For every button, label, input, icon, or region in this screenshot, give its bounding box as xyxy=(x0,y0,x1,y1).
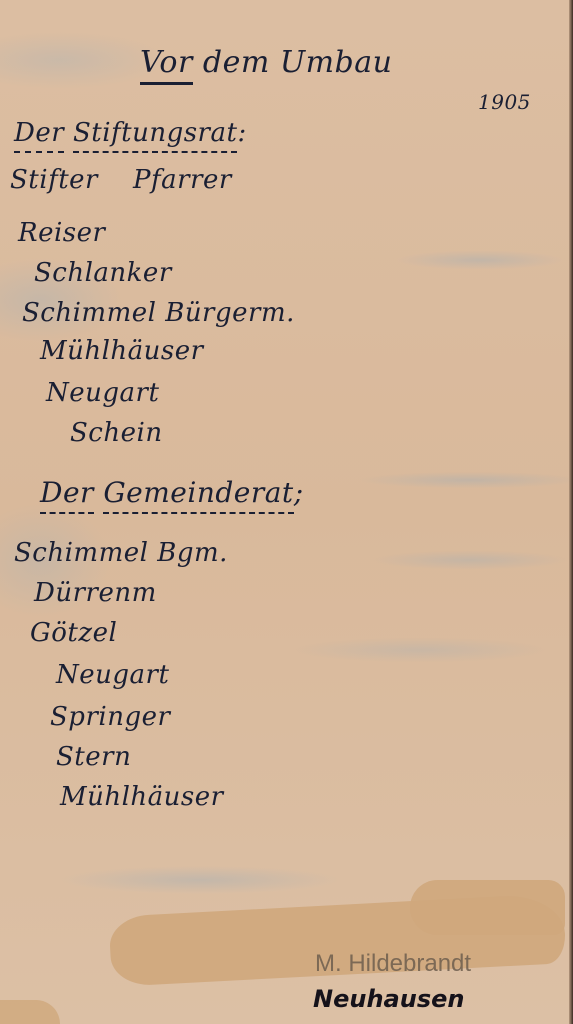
heading-article: Der xyxy=(40,476,94,514)
list-item: Neugart xyxy=(56,660,169,690)
heading-article: Der xyxy=(14,118,64,153)
section-heading-gemeinderat: Der Gemeinderat; xyxy=(40,476,304,509)
list-item: Mühlhäuser xyxy=(40,336,204,366)
list-item: Schlanker xyxy=(34,258,172,288)
member-name: Pfarrer xyxy=(133,165,232,195)
list-item: Schimmel Bürgerm. xyxy=(22,298,295,328)
list-item: Reiser xyxy=(18,218,105,248)
list-item: Springer xyxy=(50,702,170,732)
list-item: Schimmel Bgm. xyxy=(14,538,228,568)
document-title: Vor dem Umbau xyxy=(140,45,392,80)
member-role: Stifter xyxy=(10,165,98,195)
watermark: M. Hildebrandt xyxy=(315,950,471,978)
list-item: Dürrenm xyxy=(34,578,157,608)
section-heading-stiftungsrat: Der Stiftungsrat: xyxy=(14,118,247,148)
list-item: Schein xyxy=(70,418,163,448)
heading-word: Gemeinderat xyxy=(103,476,293,514)
list-item: Mühlhäuser xyxy=(60,782,224,812)
document-year: 1905 xyxy=(478,90,531,114)
paper-edge xyxy=(569,0,573,1024)
title-prefix: Vor xyxy=(140,45,193,85)
list-item: Stern xyxy=(56,742,131,772)
list-item: Götzel xyxy=(30,618,117,648)
title-rest: dem Umbau xyxy=(203,45,393,80)
list-item: Neugart xyxy=(46,378,159,408)
list-item: Stifter Pfarrer xyxy=(10,165,232,195)
heading-word: Stiftungsrat xyxy=(73,118,238,153)
place-annotation: Neuhausen xyxy=(313,985,464,1013)
heading-punct: ; xyxy=(294,476,304,509)
heading-punct: : xyxy=(237,118,246,148)
water-stain-right xyxy=(410,880,565,935)
